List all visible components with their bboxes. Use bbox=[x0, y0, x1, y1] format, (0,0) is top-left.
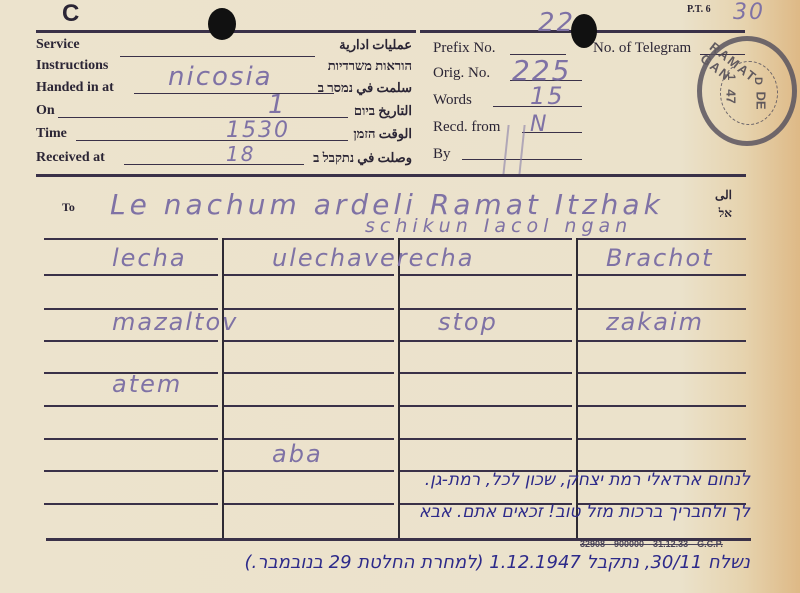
on-value: 1 bbox=[268, 90, 287, 120]
prefix-no-label: Prefix No. bbox=[433, 40, 496, 57]
words-label: Words bbox=[433, 92, 472, 109]
time-label: Time bbox=[36, 126, 67, 142]
words-value: 15 bbox=[530, 82, 565, 110]
recd-from-label: Recd. from bbox=[433, 119, 500, 136]
on-label: On bbox=[36, 103, 55, 119]
grid-rule bbox=[400, 405, 572, 407]
address-line-2: schikun Iacol ngan bbox=[365, 215, 632, 237]
by-label: By bbox=[433, 146, 451, 163]
time-line bbox=[76, 140, 348, 141]
recd-from-value: N bbox=[530, 112, 548, 137]
grid-rule bbox=[578, 405, 746, 407]
postmark-letter: D bbox=[752, 77, 764, 85]
no-of-telegram-label: No. of Telegram bbox=[593, 40, 691, 57]
service-label: Service bbox=[36, 37, 80, 53]
grid-rule bbox=[44, 274, 218, 276]
received-at-value: 18 bbox=[226, 142, 255, 166]
grid-rule bbox=[400, 274, 572, 276]
grid-rule bbox=[578, 438, 746, 440]
grid-rule bbox=[578, 274, 746, 276]
grid-rule bbox=[400, 238, 572, 240]
on-line bbox=[58, 117, 348, 118]
to-label: To bbox=[62, 200, 75, 215]
instructions-label: Instructions bbox=[36, 58, 108, 74]
printer-line: 32908—900000—31.12.33—G.C.P. bbox=[580, 539, 723, 549]
grid-cell-word: lecha bbox=[112, 244, 187, 272]
grid-rule bbox=[224, 308, 394, 310]
service-line bbox=[120, 56, 315, 57]
grid-rule bbox=[224, 238, 394, 240]
grid-cell-word: aba bbox=[272, 440, 323, 468]
punch-hole-left bbox=[208, 8, 236, 40]
grid-cell-word: zakaim bbox=[606, 308, 704, 336]
form-letter: C bbox=[62, 0, 79, 28]
received-at-line bbox=[124, 164, 304, 165]
postmark-day: 1 bbox=[725, 74, 737, 80]
grid-rule bbox=[578, 372, 746, 374]
grid-column-divider bbox=[576, 238, 578, 538]
grid-rule bbox=[224, 340, 394, 342]
grid-rule bbox=[400, 372, 572, 374]
postmark-stamp: RAMAT GAN 1 47 D DE bbox=[697, 36, 797, 146]
grid-rule bbox=[578, 340, 746, 342]
received-at-label-ar: وصلت في נתקבל ב bbox=[300, 150, 412, 166]
grid-rule bbox=[44, 470, 218, 472]
instructions-label-he: הוראות משרדיות bbox=[290, 58, 412, 74]
grid-cell-word: mazaltov bbox=[112, 308, 238, 336]
handed-in-value: nicosia bbox=[168, 62, 273, 92]
form-code: P.T. 6 bbox=[687, 4, 711, 15]
grid-rule bbox=[224, 405, 394, 407]
prefix-no-value: 22 bbox=[538, 8, 575, 38]
to-label-ar: الى bbox=[700, 188, 732, 203]
grid-rule bbox=[400, 438, 572, 440]
received-at-label: Received at bbox=[36, 150, 105, 166]
hebrew-note-line-2: לך ולחבריך ברכות מזל טוב! זכאים אתם. אבא bbox=[80, 502, 750, 522]
grid-cell-word: atem bbox=[112, 370, 182, 398]
service-label-ar: عمليات ادارية bbox=[320, 37, 412, 53]
grid-rule bbox=[224, 372, 394, 374]
hebrew-footer-note: נשלח 30/11, נתקבל 1.12.1947 (למחרת החלטת… bbox=[60, 552, 750, 573]
sheet-number: 30 bbox=[733, 0, 765, 25]
handed-in-label-ar: سلمت في נמסר ב bbox=[300, 80, 412, 96]
pencil-scribble bbox=[502, 125, 525, 175]
grid-column-divider bbox=[398, 238, 400, 538]
grid-column-divider bbox=[222, 238, 224, 538]
header-bottom-rule bbox=[36, 174, 746, 177]
on-label-ar: التاريخ ביום bbox=[330, 103, 412, 119]
grid-rule bbox=[224, 274, 394, 276]
grid-cell-word: ulechaverecha bbox=[272, 244, 474, 272]
grid-rule bbox=[400, 340, 572, 342]
grid-cell-word: Brachot bbox=[606, 244, 714, 272]
postmark-month: DE bbox=[754, 91, 769, 109]
hebrew-note-line-1: לנחום ארדאלי רמת יצחק, שכון לכל, רמת-גן. bbox=[290, 470, 750, 490]
handed-in-label: Handed in at bbox=[36, 80, 114, 96]
grid-cell-word: stop bbox=[438, 308, 498, 336]
postmark-year: 47 bbox=[724, 89, 739, 103]
grid-rule bbox=[44, 340, 218, 342]
grid-rule bbox=[44, 405, 218, 407]
grid-rule bbox=[44, 238, 218, 240]
time-value: 1530 bbox=[226, 118, 290, 143]
grid-rule bbox=[44, 438, 218, 440]
grid-rule bbox=[578, 238, 746, 240]
to-label-he: אל bbox=[700, 206, 732, 221]
orig-no-label: Orig. No. bbox=[433, 65, 490, 82]
time-label-ar: الوقت הזמן bbox=[330, 126, 412, 142]
